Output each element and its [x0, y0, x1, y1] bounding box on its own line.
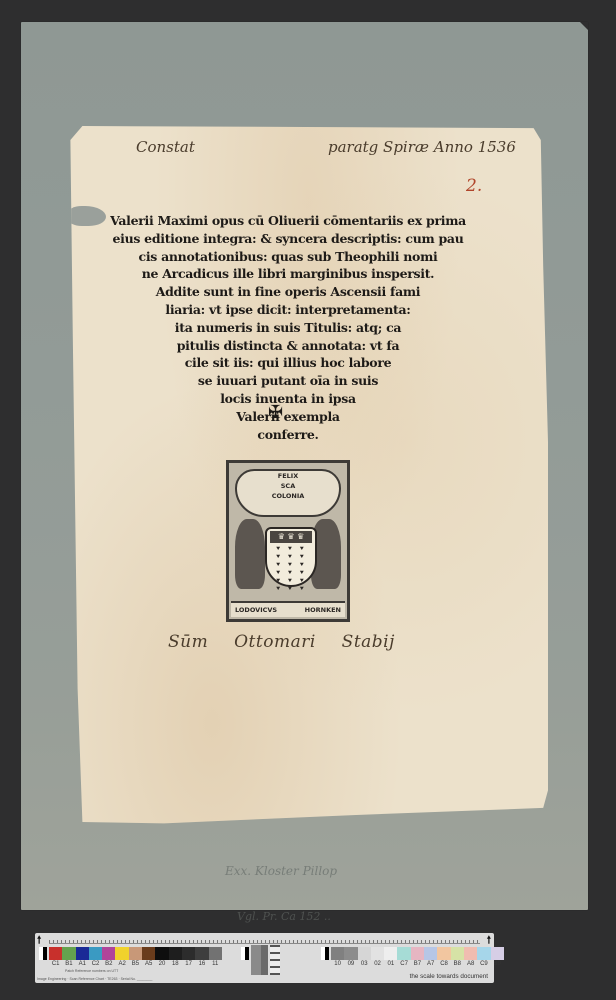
patch-label: B2	[102, 961, 115, 967]
patch-labels-left: C1B1A1C2B2A2B5A52018171611	[49, 961, 222, 967]
handwritten-note-left: Constat	[136, 138, 195, 156]
patch-label: C1	[49, 961, 62, 967]
color-patch	[344, 947, 357, 960]
title-line: eius editione integra: & syncera descrip…	[88, 230, 488, 248]
patch-label: 02	[371, 961, 384, 967]
scale-note: the scale towards document	[410, 973, 488, 980]
motto-banner: FELIX SCA COLONIA	[235, 469, 341, 517]
color-patch	[76, 947, 89, 960]
lion-supporter-icon	[235, 519, 265, 589]
patch-label: A1	[76, 961, 89, 967]
color-patch	[209, 947, 222, 960]
title-line: cis annotationibus: quas sub Theophili n…	[88, 248, 488, 266]
patch-label: 16	[195, 961, 208, 967]
patch-label: A2	[115, 961, 128, 967]
title-line: conferre.	[88, 426, 488, 444]
color-patch	[384, 947, 397, 960]
patch-label: 17	[182, 961, 195, 967]
title-line: se iuuari putant oīa in suis	[88, 372, 488, 390]
title-line: ita numeris in suis Titulis: atq; ca	[88, 319, 488, 337]
color-patch	[464, 947, 477, 960]
title-line: cile sit iis: qui illius hoc labore	[88, 354, 488, 372]
color-patch	[451, 947, 464, 960]
patch-label: C2	[89, 961, 102, 967]
color-patch	[129, 947, 142, 960]
red-folio-number: 2.	[466, 176, 482, 196]
mount-pencil-note-1: Exx. Kloster Pillop	[225, 864, 337, 878]
grey-density-strip	[251, 945, 268, 975]
printer-name-label: LODOVICVS HORNKEN	[231, 601, 345, 617]
color-patch	[62, 947, 75, 960]
patch-label: B5	[129, 961, 142, 967]
title-line: Valerii exempla	[88, 408, 488, 426]
color-patch	[195, 947, 208, 960]
ermine-pattern-icon: ⯆ ⯆ ⯆ ⯆ ⯆ ⯆ ⯆ ⯆ ⯆ ⯆ ⯆ ⯆ ⯆ ⯆ ⯆ ⯆ ⯆ ⯆	[271, 545, 311, 579]
color-patch	[142, 947, 155, 960]
cross-ornament-icon: ✠	[268, 402, 283, 423]
mount-pencil-note-2: Vgl. Pr. Ca 152 ..	[237, 910, 331, 923]
color-patches-left	[49, 947, 222, 960]
scale-ruler	[49, 935, 480, 944]
patch-label: 20	[155, 961, 168, 967]
color-patch	[397, 947, 410, 960]
color-patch	[89, 947, 102, 960]
color-patch	[371, 947, 384, 960]
color-patch	[477, 947, 490, 960]
patch-label: 03	[358, 961, 371, 967]
patch-labels-right: 1009030201C7B7A7C8B8A8C9B9	[331, 961, 504, 967]
title-line: Valerii Maximi opus cū Oliuerii cōmentar…	[88, 212, 488, 230]
title-line: locis inuenta in ipsa	[88, 390, 488, 408]
title-page: Constat paratg Spiræ Anno 1536 2. Valeri…	[68, 126, 548, 829]
color-patch	[424, 947, 437, 960]
color-patch	[155, 947, 168, 960]
patch-label: B8	[451, 961, 464, 967]
handwritten-note-right: paratg Spiræ Anno 1536	[328, 138, 516, 156]
chart-footer-note: Image Engineering · Scan Reference Chart…	[37, 977, 153, 981]
color-patches-right	[331, 947, 504, 960]
title-line: ne Arcadicus ille libri marginibus inspe…	[88, 265, 488, 283]
color-patch	[491, 947, 504, 960]
three-crowns-icon: ♛ ♛ ♛	[270, 531, 312, 543]
patch-label: B7	[411, 961, 424, 967]
title-line: Addite sunt in fine operis Ascensii fami	[88, 283, 488, 301]
patch-label: A5	[142, 961, 155, 967]
resolution-target-icons	[270, 945, 280, 975]
color-patch	[169, 947, 182, 960]
color-patch	[358, 947, 371, 960]
cologne-arms-shield-icon: ♛ ♛ ♛ ⯆ ⯆ ⯆ ⯆ ⯆ ⯆ ⯆ ⯆ ⯆ ⯆ ⯆ ⯆ ⯆ ⯆ ⯆ ⯆ ⯆ …	[265, 527, 317, 587]
color-patch	[182, 947, 195, 960]
color-patch	[115, 947, 128, 960]
color-patch	[49, 947, 62, 960]
bw-target-icon	[321, 947, 329, 960]
patch-label: C8	[437, 961, 450, 967]
patch-label: 09	[344, 961, 357, 967]
color-patch	[437, 947, 450, 960]
color-patch	[411, 947, 424, 960]
patch-label: C9	[477, 961, 490, 967]
patch-label: A8	[464, 961, 477, 967]
patch-reference-note: Patch Reference numbers on UTT	[65, 969, 118, 973]
patch-label: B9	[491, 961, 504, 967]
patch-label: 18	[169, 961, 182, 967]
color-patch	[331, 947, 344, 960]
title-line: liaria: vt ipse dicit: interpretamenta:	[88, 301, 488, 319]
ownership-inscription: Sūm Ottomari Stabij	[168, 632, 395, 652]
patch-label: B1	[62, 961, 75, 967]
color-reference-chart: 🠕 🠕 C1B1A1C2B2A2B5A52018171611 100903020…	[35, 933, 494, 983]
title-line: pitulis distincta & annotata: vt fa	[88, 337, 488, 355]
bw-target-icon	[241, 947, 249, 960]
printed-title: Valerii Maximi opus cū Oliuerii cōmentar…	[88, 212, 488, 443]
patch-label: 01	[384, 961, 397, 967]
patch-label: 11	[209, 961, 222, 967]
patch-label: C7	[397, 961, 410, 967]
printers-device-woodcut: FELIX SCA COLONIA ♛ ♛ ♛ ⯆ ⯆ ⯆ ⯆ ⯆ ⯆ ⯆ ⯆ …	[226, 460, 350, 622]
color-patch	[102, 947, 115, 960]
patch-label: A7	[424, 961, 437, 967]
patch-label: 10	[331, 961, 344, 967]
bw-target-icon	[39, 947, 47, 960]
